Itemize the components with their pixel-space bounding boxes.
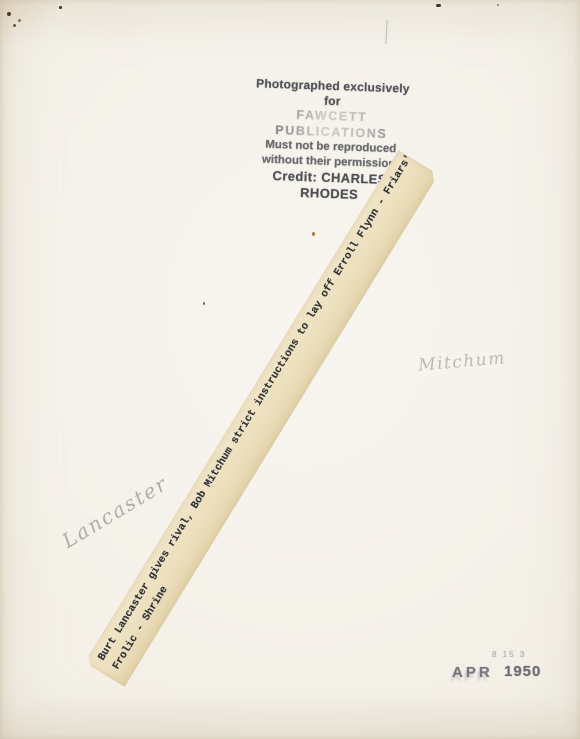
paper-speck xyxy=(436,4,441,7)
caption-line-2: Frolic - Shrine xyxy=(103,161,432,682)
pencil-annotation-lancaster: Lancaster xyxy=(58,471,172,553)
paper-speck xyxy=(497,4,499,6)
caption-slip: Burt Lancaster gives rival, Bob Mitchum … xyxy=(84,150,438,687)
paper-speck xyxy=(203,302,205,305)
paper-speck xyxy=(59,6,62,9)
date-stamp-month: APR xyxy=(452,664,493,681)
paper-speck xyxy=(7,12,11,16)
paper-speck xyxy=(13,24,16,27)
pencil-tick-mark xyxy=(385,20,387,44)
date-stamp-faint-marks: 8 15 3 xyxy=(492,650,526,659)
photo-back: Photographed exclusively for FAWCETT PUB… xyxy=(0,0,580,739)
paper-speck xyxy=(18,19,21,22)
caption-line-1: Burt Lancaster gives rival, Bob Mitchum … xyxy=(84,150,417,674)
date-stamp-year: 1950 xyxy=(504,663,541,680)
paper-speck xyxy=(312,232,315,236)
pencil-annotation-mitchum: Mitchum xyxy=(417,348,506,376)
